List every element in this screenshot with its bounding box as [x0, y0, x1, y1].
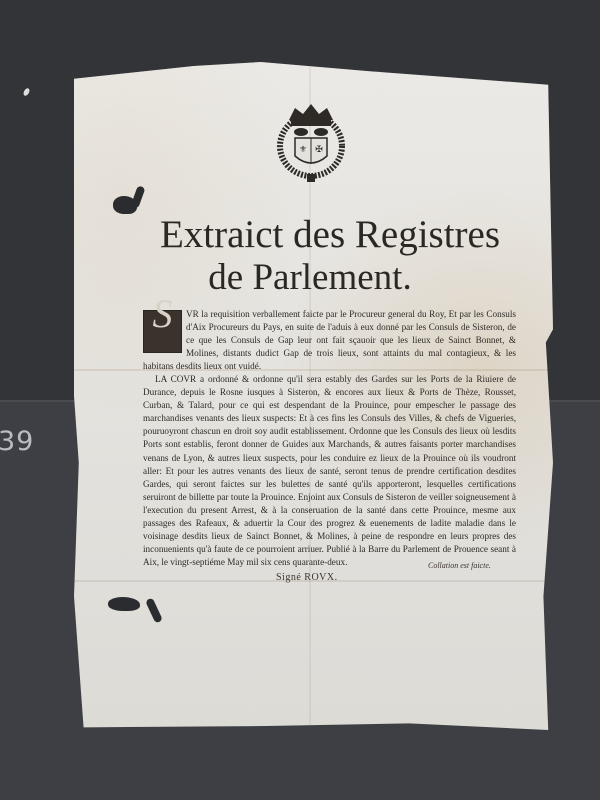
document-title-line-2: de Parlement.: [10, 256, 600, 299]
svg-text:⚜: ⚜: [299, 144, 307, 154]
signature: Signé ROVX.: [276, 572, 338, 583]
document-title-line-1: Extraict des Registres: [30, 212, 600, 257]
collation-note: Collation est faicte.: [428, 561, 491, 570]
svg-text:✠: ✠: [315, 144, 323, 154]
board-number-label: 39: [0, 426, 34, 457]
paragraph-requisition: VR la requisition verballement faicte pa…: [143, 308, 516, 373]
dropcap-letter: S: [144, 307, 181, 320]
paper-hole-bottom: [108, 597, 140, 611]
royal-crest-icon: ⚜ ✠: [275, 100, 347, 186]
document-body: S VR la requisition verballement faicte …: [143, 308, 516, 569]
paragraph-ruling: LA COVR a ordonné & ordonne qu'il sera e…: [143, 373, 516, 569]
dropcap-ornament: S: [143, 310, 182, 353]
